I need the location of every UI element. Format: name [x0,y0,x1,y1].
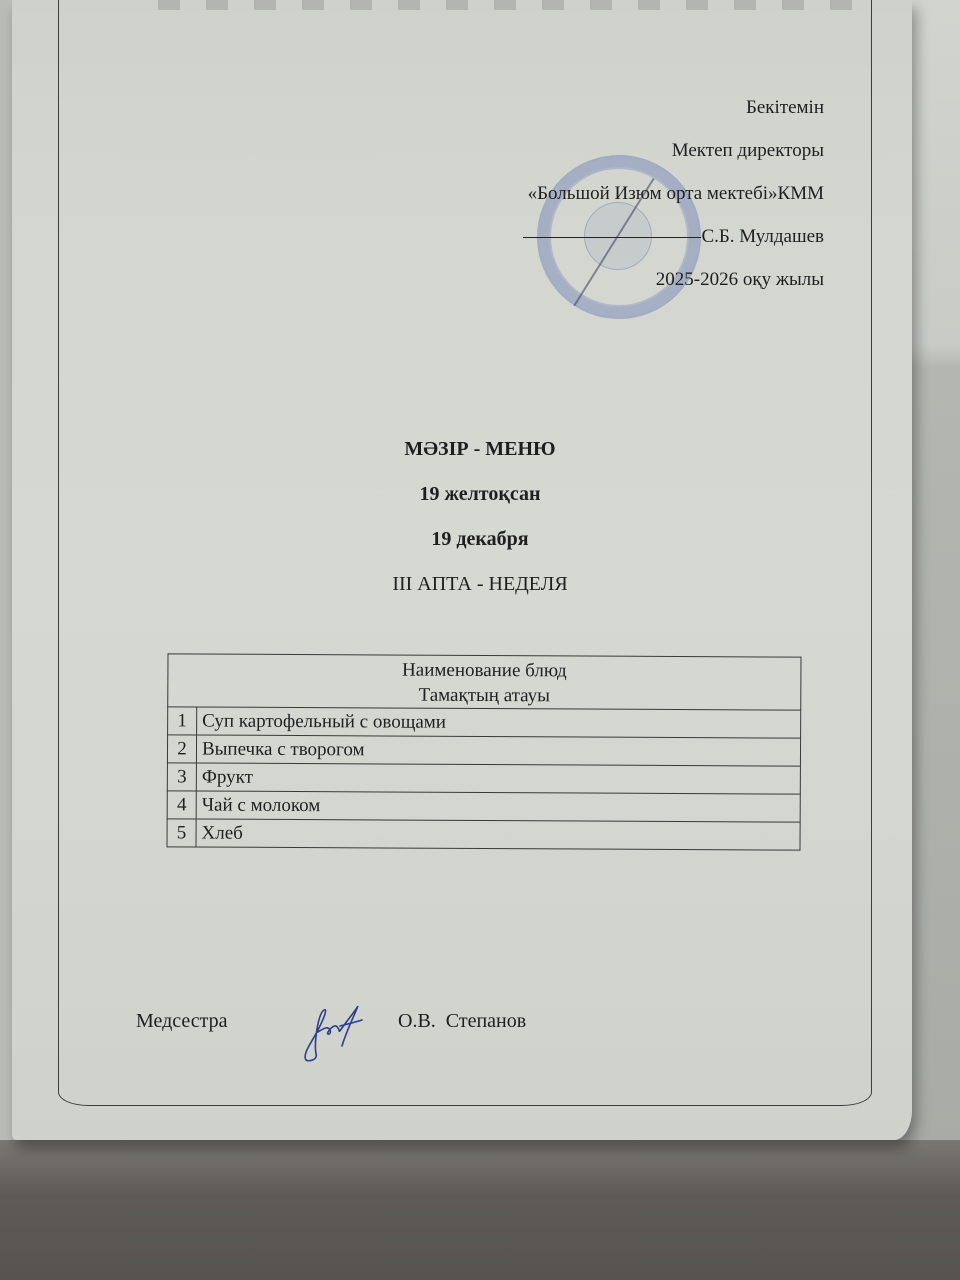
director-position: Мектеп директоры [523,129,824,172]
back-side-show-through [132,0,852,80]
school-name: «Большой Изюм орта мектебі»КММ [523,172,824,215]
table-row: 5 Хлеб [167,819,800,850]
table-row: 4 Чай с молоком [167,791,800,822]
table-header: Наименование блюд Тамақтың атауы [168,654,801,710]
dish-name: Чай с молоком [196,791,800,822]
table-header-row: Наименование блюд Тамақтың атауы [168,654,801,710]
table-row: 1 Суп картофельный с овощами [168,707,801,738]
ornament-border [132,0,852,10]
background-surface [0,1140,960,1280]
approve-label: Бекітемін [523,86,824,129]
dish-name: Суп картофельный с овощами [197,707,801,738]
row-number: 3 [167,763,196,791]
dish-name: Выпечка с творогом [196,735,800,766]
nurse-signature-icon [298,1002,378,1066]
academic-year: 2025-2026 оқу жылы [523,258,824,301]
table-row: 2 Выпечка с творогом [167,735,800,766]
date-russian: 19 декабря [0,517,960,562]
table-row: 3 Фрукт [167,763,800,794]
director-name: С.Б. Мулдашев [701,226,824,247]
menu-title-block: МӘЗІР - МЕНЮ 19 желтоқсан 19 декабря III… [0,427,960,607]
week-label: III АПТА - НЕДЕЛЯ [0,562,960,607]
dish-name: Хлеб [196,819,800,850]
menu-heading: МӘЗІР - МЕНЮ [0,427,960,472]
header-kazakh: Тамақтың атауы [168,681,800,709]
director-signature-line: С.Б. Мулдашев [523,215,824,258]
signature-underline [523,236,701,238]
footer-signature-block: Медсестра О.В. Степанов [136,1008,596,1068]
row-number: 2 [167,735,196,763]
dish-name: Фрукт [196,763,800,794]
row-number: 4 [167,791,196,819]
menu-table: Наименование блюд Тамақтың атауы 1 Суп к… [166,653,801,850]
date-kazakh: 19 желтоқсан [0,472,960,517]
approval-block: Бекітемін Мектеп директоры «Большой Изюм… [523,86,824,301]
nurse-role: Медсестра [136,1010,228,1033]
header-russian: Наименование блюд [168,656,800,684]
row-number: 5 [167,819,196,847]
nurse-name: О.В. Степанов [398,1010,526,1033]
row-number: 1 [168,707,197,735]
